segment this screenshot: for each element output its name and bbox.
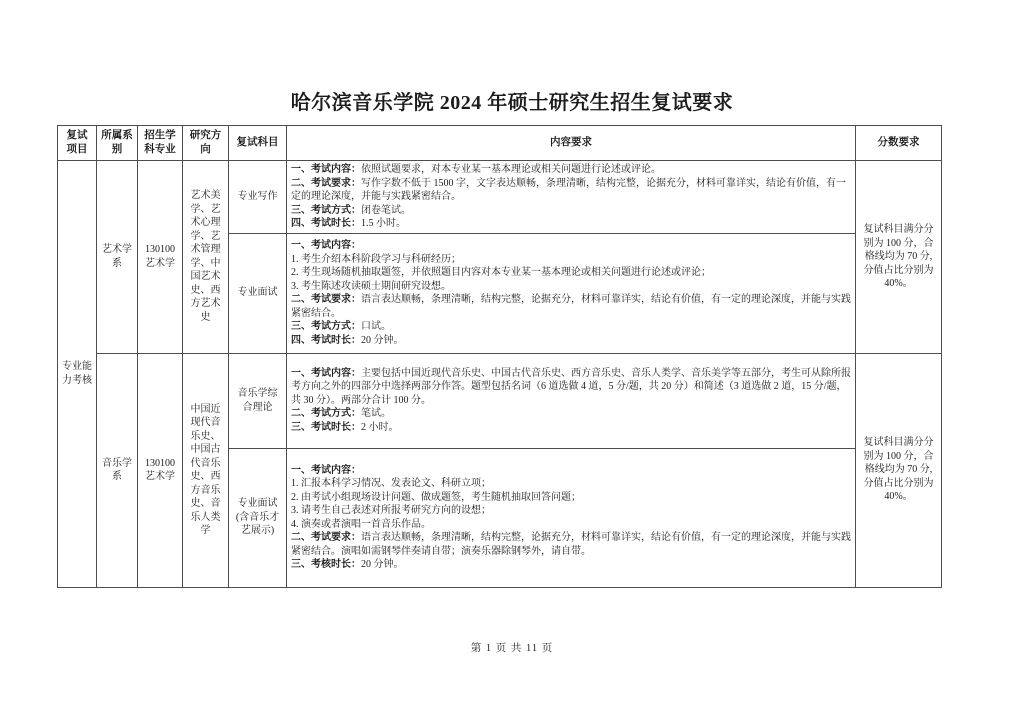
- col-header-subject: 复试科目: [229, 126, 287, 161]
- content-line-label: 三、考试时长：: [291, 422, 361, 433]
- content-line-text: 口试。: [361, 321, 391, 332]
- col-header-research-direction: 研究方向: [183, 126, 229, 161]
- content-line-label: 一、考试内容：: [291, 240, 361, 251]
- content-line-label: 四、考试时长：: [291, 335, 361, 346]
- content-line-label: 三、考试方式：: [291, 321, 361, 332]
- content-line: 四、考试时长：20 分钟。: [291, 334, 851, 348]
- content-requirements-cell: 一、考试内容：主要包括中国近现代音乐史、中国古代音乐史、西方音乐史、音乐人类学、…: [287, 353, 856, 448]
- content-line: 3. 考生陈述攻读硕士期间研究设想。: [291, 280, 851, 294]
- content-line: 2. 由考试小组现场设计问题、做成题签，考生随机抽取回答问题；: [291, 491, 851, 505]
- col-header-score-requirements: 分数要求: [856, 126, 942, 161]
- content-line-text: 依照试题要求，对本专业某一基本理论或相关问题进行论述或评论。: [361, 164, 661, 175]
- table-row: 音乐学系 130100 艺术学 中国近现代音乐史、中国古代音乐史、西方音乐史、音…: [58, 353, 942, 448]
- content-line-text: 写作字数不低于 1500 字，文字表达顺畅，条理清晰，结构完整，论据充分，材料可…: [291, 178, 846, 203]
- content-line-text: 3. 请考生自己表述对所报考研究方向的设想；: [291, 505, 491, 516]
- table-row: 专业能力考核 艺术学系 130100 艺术学 艺术美学、艺术心理学、艺术管理学、…: [58, 161, 942, 234]
- content-line-text: 笔试。: [361, 408, 391, 419]
- content-line: 四、考试时长：1.5 小时。: [291, 217, 851, 231]
- content-line-label: 三、考核时长：: [291, 559, 361, 570]
- content-requirements-cell: 一、考试内容：依照试题要求，对本专业某一基本理论或相关问题进行论述或评论。 二、…: [287, 161, 856, 234]
- subject-cell: 音乐学综合理论: [229, 353, 287, 448]
- content-line: 1. 考生介绍本科阶段学习与科研经历；: [291, 253, 851, 267]
- content-line: 1. 汇报本科学习情况、发表论文、科研立项；: [291, 477, 851, 491]
- department-cell: 音乐学系: [97, 353, 138, 587]
- content-line-label: 二、考试方式：: [291, 408, 361, 419]
- content-line: 3. 请考生自己表述对所报考研究方向的设想；: [291, 504, 851, 518]
- content-line: 2. 考生现场随机抽取题签，并依照题目内容对本专业某一基本理论或相关问题进行论述…: [291, 266, 851, 280]
- content-line-text: 主要包括中国近现代音乐史、中国古代音乐史、西方音乐史、音乐人类学、音乐美学等五部…: [291, 368, 851, 406]
- content-line-text: 3. 考生陈述攻读硕士期间研究设想。: [291, 281, 451, 292]
- content-line-text: 1. 考生介绍本科阶段学习与科研经历；: [291, 254, 461, 265]
- major-cell: 130100 艺术学: [138, 353, 183, 587]
- content-requirements-cell: 一、考试内容： 1. 汇报本科学习情况、发表论文、科研立项； 2. 由考试小组现…: [287, 448, 856, 587]
- content-line: 一、考试内容：主要包括中国近现代音乐史、中国古代音乐史、西方音乐史、音乐人类学、…: [291, 367, 851, 408]
- content-line: 二、考试要求：语言表达顺畅，条理清晰，结构完整，论据充分，材料可靠详实，结论有价…: [291, 531, 851, 558]
- content-line-text: 20 分钟。: [361, 559, 404, 570]
- content-line-label: 一、考试内容：: [291, 164, 361, 175]
- content-line-text: 4. 演奏或者演唱一首音乐作品。: [291, 519, 431, 530]
- subject-cell: 专业写作: [229, 161, 287, 234]
- content-line-label: 四、考试时长：: [291, 218, 361, 229]
- score-requirements-cell: 复试科目满分分别为 100 分，合格线均为 70 分,分值占比分别为 40%。: [856, 353, 942, 587]
- content-line: 三、考试时长：2 小时。: [291, 421, 851, 435]
- content-line: 一、考试内容：依照试题要求，对本专业某一基本理论或相关问题进行论述或评论。: [291, 163, 851, 177]
- content-line-label: 三、考试方式：: [291, 205, 361, 216]
- subject-cell: 专业面试: [229, 233, 287, 353]
- content-line-text: 语言表达顺畅，条理清晰，结构完整，论据充分，材料可靠详实，结论有价值，有一定的理…: [291, 294, 851, 319]
- content-line: 4. 演奏或者演唱一首音乐作品。: [291, 518, 851, 532]
- score-requirements-cell: 复试科目满分分别为 100 分，合格线均为 70 分,分值占比分别为 40%。: [856, 161, 942, 354]
- page-footer: 第 1 页 共 11 页: [0, 640, 1024, 655]
- content-line: 二、考试要求：写作字数不低于 1500 字，文字表达顺畅，条理清晰，结构完整，论…: [291, 177, 851, 204]
- content-line-label: 二、考试要求：: [291, 178, 361, 189]
- department-cell: 艺术学系: [97, 161, 138, 354]
- research-direction-cell: 艺术美学、艺术心理学、艺术管理学、中国艺术史、西方艺术史: [183, 161, 229, 354]
- review-requirements-table: 复试项目 所属系别 招生学科专业 研究方向 复试科目 内容要求 分数要求 专业能…: [57, 125, 942, 588]
- content-line-text: 语言表达顺畅，条理清晰，结构完整，论据充分，材料可靠详实，结论有价值，有一定的理…: [291, 532, 851, 557]
- exam-item-cell: 专业能力考核: [58, 161, 97, 588]
- content-line-label: 二、考试要求：: [291, 532, 361, 543]
- col-header-review-item: 复试项目: [58, 126, 97, 161]
- content-line: 三、考试方式：闭卷笔试。: [291, 204, 851, 218]
- major-cell: 130100 艺术学: [138, 161, 183, 354]
- content-line: 三、考试方式：口试。: [291, 320, 851, 334]
- content-line: 二、考试方式：笔试。: [291, 407, 851, 421]
- content-requirements-cell: 一、考试内容： 1. 考生介绍本科阶段学习与科研经历； 2. 考生现场随机抽取题…: [287, 233, 856, 353]
- content-line-text: 1. 汇报本科学习情况、发表论文、科研立项；: [291, 478, 491, 489]
- content-line-text: 20 分钟。: [361, 335, 404, 346]
- content-line: 二、考试要求：语言表达顺畅，条理清晰，结构完整，论据充分，材料可靠详实，结论有价…: [291, 293, 851, 320]
- content-line-text: 1.5 小时。: [361, 218, 406, 229]
- content-line-text: 2. 考生现场随机抽取题签，并依照题目内容对本专业某一基本理论或相关问题进行论述…: [291, 267, 711, 278]
- content-line: 三、考核时长：20 分钟。: [291, 558, 851, 572]
- content-line-label: 一、考试内容：: [291, 368, 361, 379]
- research-direction-cell: 中国近现代音乐史、中国古代音乐史、西方音乐史、音乐人类学: [183, 353, 229, 587]
- page-title: 哈尔滨音乐学院 2024 年硕士研究生招生复试要求: [0, 86, 1024, 115]
- table-header-row: 复试项目 所属系别 招生学科专业 研究方向 复试科目 内容要求 分数要求: [58, 126, 942, 161]
- content-line-label: 一、考试内容：: [291, 465, 361, 476]
- content-line-text: 2 小时。: [361, 422, 399, 433]
- content-line-label: 二、考试要求：: [291, 294, 361, 305]
- subject-cell: 专业面试(含音乐才艺展示): [229, 448, 287, 587]
- content-line: 一、考试内容：: [291, 239, 851, 253]
- content-line-text: 2. 由考试小组现场设计问题、做成题签，考生随机抽取回答问题；: [291, 492, 581, 503]
- content-line: 一、考试内容：: [291, 464, 851, 478]
- content-line-text: 闭卷笔试。: [361, 205, 411, 216]
- col-header-content-requirements: 内容要求: [287, 126, 856, 161]
- col-header-major: 招生学科专业: [138, 126, 183, 161]
- col-header-department: 所属系别: [97, 126, 138, 161]
